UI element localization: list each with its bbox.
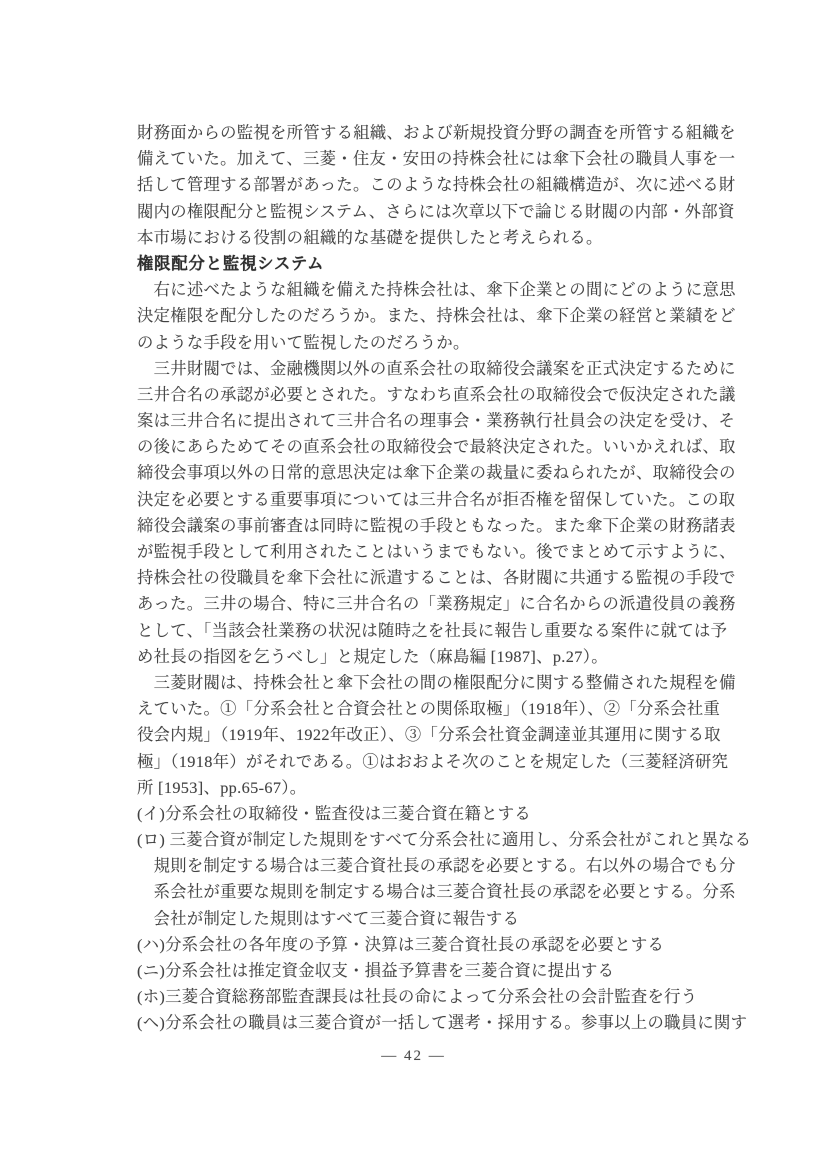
body-line: 括して管理する部署があった。このような持株会社の組織構造が、次に述べる財 bbox=[137, 172, 757, 198]
body-line: 三井合名の承認が必要とされた。すなわち直系会社の取締役会で仮決定された議 bbox=[137, 382, 757, 408]
body-line: が監視手段として利用されたことはいうまでもない。後でまとめて示すように、 bbox=[137, 539, 757, 565]
body-line: 決定権限を配分したのだろうか。また、持株会社は、傘下企業の経営と業績をど bbox=[137, 303, 757, 329]
list-item-ro-continuation: 会社が制定した規則はすべて三菱合資に報告する bbox=[137, 906, 757, 932]
section-heading: 権限配分と監視システム bbox=[137, 251, 757, 277]
list-item-ro-continuation: 規則を制定する場合は三菱合資社長の承認を必要とする。右以外の場合でも分 bbox=[137, 853, 757, 879]
body-line: として、「当該会社業務の状況は随時之を社長に報告し重要なる案件に就ては予 bbox=[137, 618, 757, 644]
list-item-ha: (ハ)分系会社の各年度の予算・決算は三菱合資社長の承認を必要とする bbox=[137, 932, 757, 958]
body-line: め社長の指図を乞うべし」と規定した（麻島編 [1987]、p.27）。 bbox=[137, 644, 757, 670]
body-line: 所 [1953]、pp.65-67）。 bbox=[137, 775, 757, 801]
body-line: 案は三井合名に提出されて三井合名の理事会・業務執行社員会の決定を受け、そ bbox=[137, 408, 757, 434]
list-item-he: (ヘ)分系会社の職員は三菱合資が一括して選考・採用する。参事以上の職員に関す bbox=[137, 1010, 757, 1036]
body-line: 右に述べたような組織を備えた持株会社は、傘下企業との間にどのように意思 bbox=[137, 277, 757, 303]
body-line: 締役会事項以外の日常的意思決定は傘下企業の裁量に委ねられたが、取締役会の bbox=[137, 460, 757, 486]
body-line: 財務面からの監視を所管する組織、および新規投資分野の調査を所管する組織を bbox=[137, 120, 757, 146]
body-line: 閥内の権限配分と監視システム、さらには次章以下で論じる財閥の内部・外部資 bbox=[137, 199, 757, 225]
list-item-ro-continuation: 系会社が重要な規則を制定する場合は三菱合資社長の承認を必要とする。分系 bbox=[137, 879, 757, 905]
body-line: 備えていた。加えて、三菱・住友・安田の持株会社には傘下会社の職員人事を一 bbox=[137, 146, 757, 172]
page-number: — 42 — bbox=[0, 1048, 827, 1065]
body-line: えていた。①「分系会社と合資会社との関係取極」（1918年）、②「分系会社重 bbox=[137, 696, 757, 722]
body-line: のような手段を用いて監視したのだろうか。 bbox=[137, 330, 757, 356]
body-line: 締役会議案の事前審査は同時に監視の手段ともなった。また傘下企業の財務諸表 bbox=[137, 513, 757, 539]
body-line: 三菱財閥は、持株会社と傘下会社の間の権限配分に関する整備された規程を備 bbox=[137, 670, 757, 696]
list-item-ro: (ロ) 三菱合資が制定した規則をすべて分系会社に適用し、分系会社がこれと異なる bbox=[137, 827, 757, 853]
text-block: 財務面からの監視を所管する組織、および新規投資分野の調査を所管する組織を 備えて… bbox=[137, 120, 757, 1037]
body-line: 役会内規」（1919年、1922年改正）、③「分系会社資金調達並其運用に関する取 bbox=[137, 722, 757, 748]
list-item-ni: (ニ)分系会社は推定資金収支・損益予算書を三菱合資に提出する bbox=[137, 958, 757, 984]
body-line: 持株会社の役職員を傘下会社に派遣することは、各財閥に共通する監視の手段で bbox=[137, 565, 757, 591]
body-line: の後にあらためてその直系会社の取締役会で最終決定された。いいかえれば、取 bbox=[137, 434, 757, 460]
body-line: 決定を必要とする重要事項については三井合名が拒否権を留保していた。この取 bbox=[137, 487, 757, 513]
list-item-ho: (ホ)三菱合資総務部監査課長は社長の命によって分系会社の会計監査を行う bbox=[137, 984, 757, 1010]
body-line: 本市場における役割の組織的な基礎を提供したと考えられる。 bbox=[137, 225, 757, 251]
body-line: 三井財閥では、金融機関以外の直系会社の取締役会議案を正式決定するために bbox=[137, 356, 757, 382]
body-line: 極」（1918年）がそれである。①はおおよそ次のことを規定した（三菱経済研究 bbox=[137, 749, 757, 775]
document-page: 財務面からの監視を所管する組織、および新規投資分野の調査を所管する組織を 備えて… bbox=[0, 0, 827, 1170]
list-item-i: (イ)分系会社の取締役・監査役は三菱合資在籍とする bbox=[137, 801, 757, 827]
body-line: あった。三井の場合、特に三井合名の「業務規定」に合名からの派遣役員の義務 bbox=[137, 591, 757, 617]
